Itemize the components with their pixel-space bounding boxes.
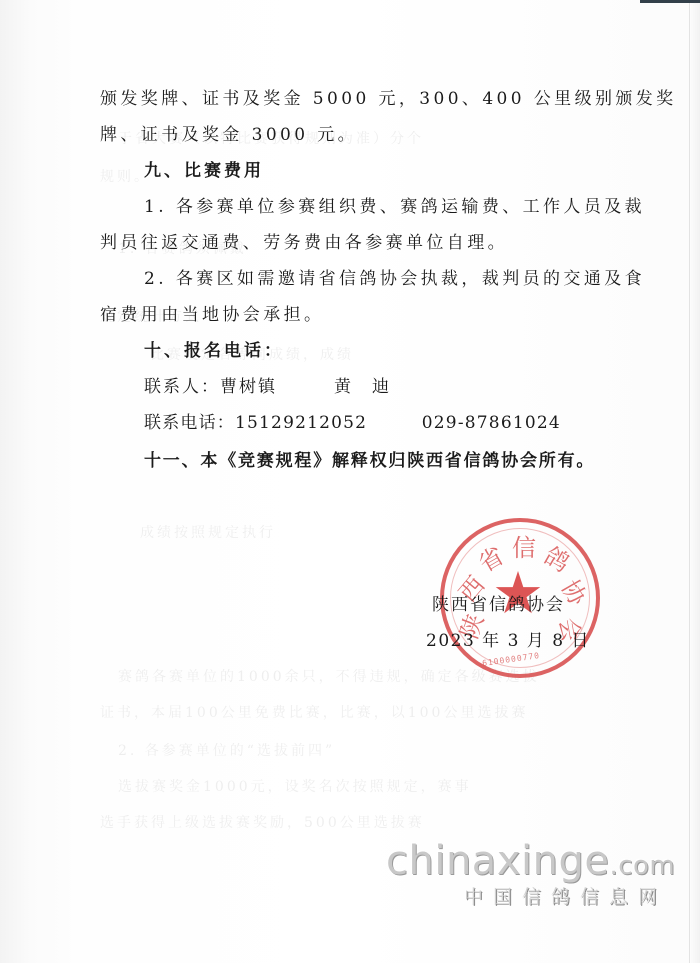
fees-item-1: 1. 各参赛单位参赛组织费、赛鸽运输费、工作人员及裁	[144, 196, 645, 218]
watermark-site: chinaxinge	[386, 838, 609, 884]
page-edge	[689, 0, 690, 963]
bleed-through-text: 成绩按照规定执行	[140, 522, 276, 542]
bleed-through-text: 2. 各参赛单位的“选拔前四”	[118, 740, 335, 760]
section-heading-fees: 九、比赛费用	[144, 160, 264, 182]
scan-corner-shadow	[640, 0, 700, 3]
signing-date: 2023 年 3 月 8 日	[426, 626, 590, 651]
section-heading-registration: 十、报名电话：	[144, 340, 284, 362]
document-page: 于省大赛（以特比赛获得规则为准）分个 规则。 1. 各赛鸽须佩戴 规定统计方式 …	[0, 0, 700, 963]
bleed-through-text: 选手获得上级选拔赛奖励，500公里选拔赛	[100, 812, 425, 832]
bleed-through-text: 赛鸽各赛单位的1000余只，不得违规，确定各级赛选拔	[118, 666, 540, 686]
watermark-logo: chinaxinge.com	[386, 838, 675, 884]
prize-text-line: 颁发奖牌、证书及奖金 5000 元，300、400 公里级别颁发奖	[100, 88, 677, 110]
watermark-site-name: 中国信鸽信息网	[464, 882, 667, 909]
fees-item-1-cont: 判员往返交通费、劳务费由各参赛单位自理。	[100, 232, 508, 254]
signing-organization: 陕西省信鸽协会	[432, 590, 565, 615]
prize-text-line: 牌、证书及奖金 3000 元。	[100, 124, 358, 146]
bleed-through-text: 选拔赛奖金1000元，设奖名次按照规定，赛事	[118, 776, 472, 796]
section-heading-interpretation: 十一、本《竞赛规程》解释权归陕西省信鸽协会所有。	[144, 450, 595, 472]
bleed-through-text: 证书，本届100公里免费比赛，比赛，以100公里选拔赛	[100, 702, 528, 722]
contact-persons: 联系人：曹树镇 黄 迪	[144, 376, 391, 398]
fees-item-2-cont: 宿费用由当地协会承担。	[100, 304, 324, 326]
seal-char: 信	[512, 528, 536, 563]
contact-phones: 联系电话：15129212052 029-87861024	[144, 412, 561, 434]
watermark-tld: .com	[609, 851, 675, 881]
fees-item-2: 2. 各赛区如需邀请省信鸽协会执裁，裁判员的交通及食	[144, 268, 645, 290]
